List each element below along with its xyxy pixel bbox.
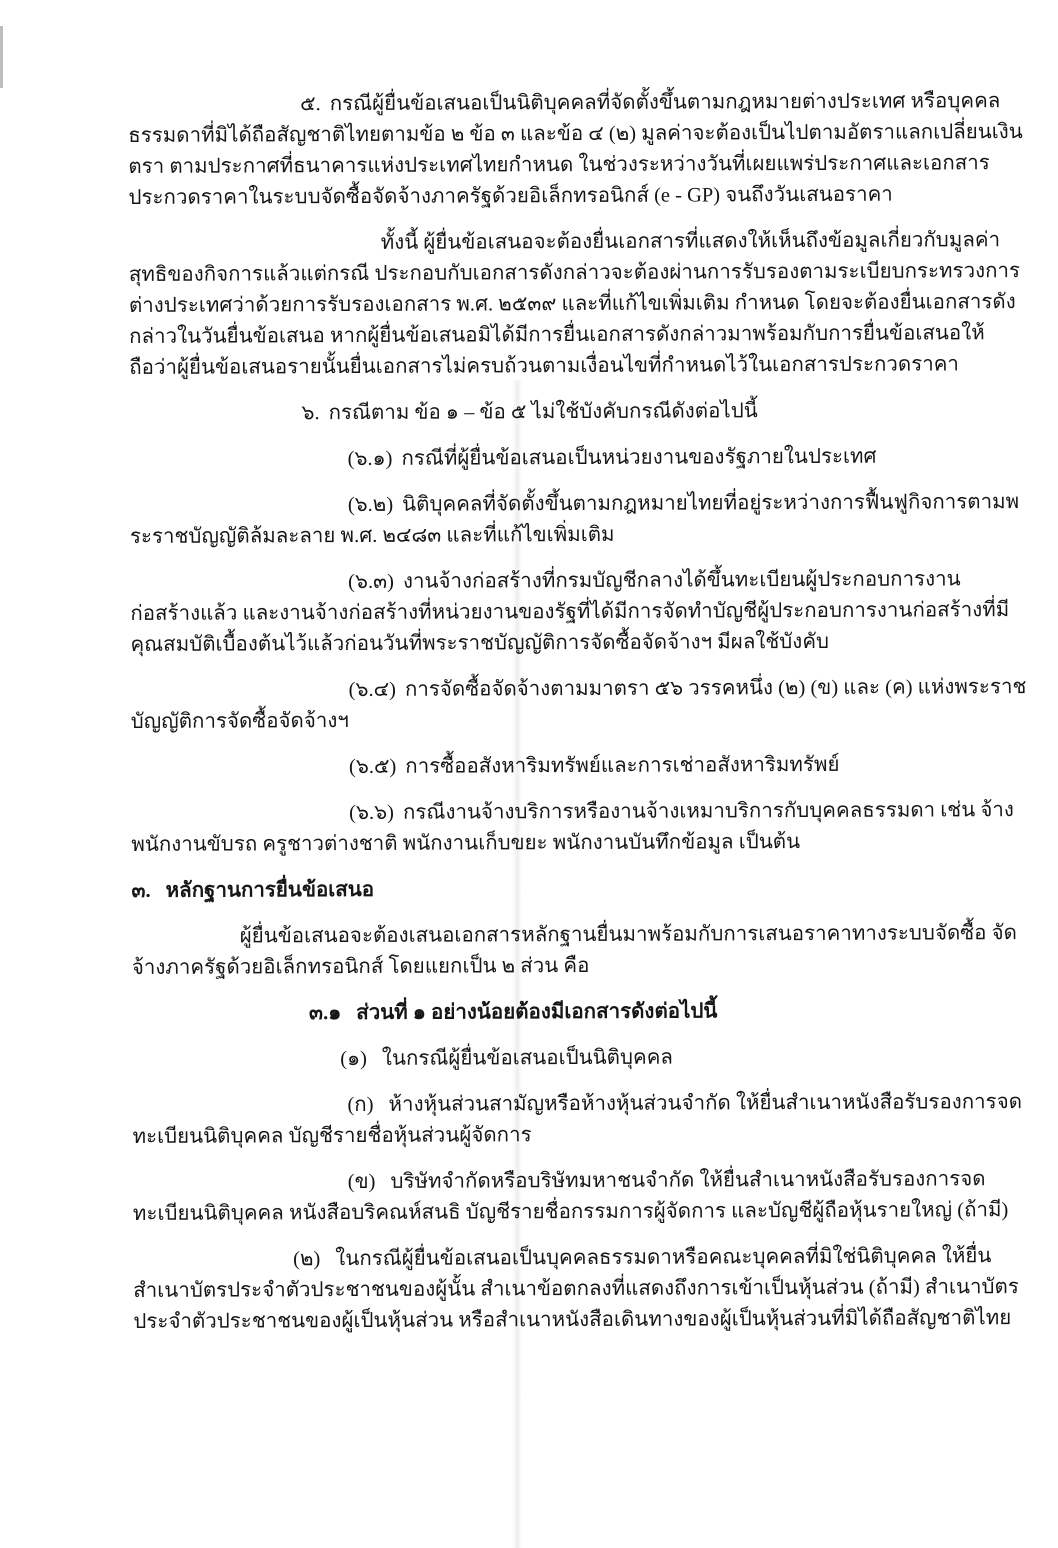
paragraph-item-2: (๒)ในกรณีผู้ยื่นข้อเสนอเป็นบุคคลธรรมดาหร… <box>133 1241 1029 1338</box>
document-content: ๕.กรณีผู้ยื่นข้อเสนอเป็นนิติบุคคลที่จัดต… <box>128 86 1030 1353</box>
clause-text: ห้างหุ้นส่วนสามัญหรือห้างหุ้นส่วนจำกัด ใ… <box>133 1091 1023 1148</box>
paragraph-item-1-kho: (ข)บริษัทจำกัดหรือบริษัทมหาชนจำกัด ให้ยื… <box>133 1164 1029 1230</box>
section-title: หลักฐานการยื่นข้อเสนอ <box>166 879 375 902</box>
document-page: ๕.กรณีผู้ยื่นข้อเสนอเป็นนิติบุคคลที่จัดต… <box>0 0 1058 1548</box>
clause-text: ในกรณีผู้ยื่นข้อเสนอเป็นบุคคลธรรมดาหรือค… <box>133 1245 1019 1333</box>
subsection-title: ส่วนที่ ๑ อย่างน้อยต้องมีเอกสารดังต่อไปน… <box>356 1000 717 1024</box>
paragraph-clause-6-3: (๖.๓)งานจ้างก่อสร้างที่กรมบัญชีกลางได้ขึ… <box>130 564 1026 661</box>
clause-text: งานจ้างก่อสร้างที่กรมบัญชีกลางได้ขึ้นทะเ… <box>130 568 1009 656</box>
clause-number: ๕. <box>300 93 321 115</box>
paragraph-section-3-intro: ผู้ยื่นข้อเสนอจะต้องเสนอเอกสารหลักฐานยื่… <box>132 918 1028 984</box>
clause-number: (๖.๒) <box>348 494 393 516</box>
item-number: (๑) <box>340 1048 367 1070</box>
section-heading-3: ๓.หลักฐานการยื่นข้อเสนอ <box>131 872 1027 907</box>
clause-text: กรณีตาม ข้อ ๑ – ข้อ ๕ ไม่ใช้บังคับกรณีดั… <box>329 400 758 424</box>
clause-text: นิติบุคคลที่จัดตั้งขึ้นตามกฎหมายไทยที่อย… <box>130 491 1019 548</box>
clause-number: (๖.๑) <box>348 448 393 470</box>
clause-number: (๖.๓) <box>348 571 394 593</box>
clause-text: กรณีผู้ยื่นข้อเสนอเป็นนิติบุคคลที่จัดตั้… <box>128 90 1023 209</box>
clause-text: กรณีที่ผู้ยื่นข้อเสนอเป็นหน่วยงานของรัฐภ… <box>401 446 876 470</box>
clause-number: (๖.๖) <box>349 802 394 824</box>
clause-text: ทั้งนี้ ผู้ยื่นข้อเสนอจะต้องยื่นเอกสารที… <box>129 229 1020 379</box>
clause-text: ในกรณีผู้ยื่นข้อเสนอเป็นนิติบุคคล <box>382 1047 673 1070</box>
paragraph-clause-6-4: (๖.๔)การจัดซื้อจัดจ้างตามมาตรา ๕๖ วรรคหน… <box>131 672 1027 738</box>
subsection-heading-3-1: ๓.๑ส่วนที่ ๑ อย่างน้อยต้องมีเอกสารดังต่อ… <box>132 995 1028 1030</box>
paragraph-item-1: (๑)ในกรณีผู้ยื่นข้อเสนอเป็นนิติบุคคล <box>132 1041 1028 1076</box>
paragraph-clause-6: ๖.กรณีตาม ข้อ ๑ – ข้อ ๕ ไม่ใช้บังคับกรณี… <box>129 395 1025 430</box>
clause-text: การจัดซื้อจัดจ้างตามมาตรา ๕๖ วรรคหนึ่ง (… <box>131 676 1027 733</box>
section-number: ๓. <box>131 880 150 902</box>
item-letter: (ก) <box>347 1094 373 1116</box>
clause-number: (๖.๔) <box>349 679 396 701</box>
paragraph-clause-5: ๕.กรณีผู้ยื่นข้อเสนอเป็นนิติบุคคลที่จัดต… <box>128 86 1025 214</box>
item-letter: (ข) <box>348 1171 376 1193</box>
paragraph-clause-6-1: (๖.๑)กรณีที่ผู้ยื่นข้อเสนอเป็นหน่วยงานขอ… <box>130 441 1026 476</box>
clause-number: ๖. <box>301 402 319 424</box>
clause-text: บริษัทจำกัดหรือบริษัทมหาชนจำกัด ให้ยื่นส… <box>133 1168 1009 1225</box>
clause-text: การซื้ออสังหาริมทรัพย์และการเช่าอสังหาริ… <box>405 754 839 778</box>
clause-number: (๖.๕) <box>349 756 396 778</box>
paragraph-clause-6-2: (๖.๒)นิติบุคคลที่จัดตั้งขึ้นตามกฎหมายไทย… <box>130 487 1026 553</box>
clause-text: ผู้ยื่นข้อเสนอจะต้องเสนอเอกสารหลักฐานยื่… <box>132 922 1017 979</box>
item-number: (๒) <box>293 1248 320 1270</box>
subsection-number: ๓.๑ <box>309 1002 341 1024</box>
scan-speck <box>0 26 3 88</box>
paragraph-clause-6-5: (๖.๕)การซื้ออสังหาริมทรัพย์และการเช่าอสั… <box>131 749 1027 784</box>
paragraph-clause-5-continuation: ทั้งนี้ ผู้ยื่นข้อเสนอจะต้องยื่นเอกสารที… <box>129 225 1026 384</box>
paragraph-clause-6-6: (๖.๖)กรณีงานจ้างบริการหรืองานจ้างเหมาบริ… <box>131 795 1027 861</box>
paragraph-item-1-ko: (ก)ห้างหุ้นส่วนสามัญหรือห้างหุ้นส่วนจำกั… <box>132 1087 1028 1153</box>
clause-text: กรณีงานจ้างบริการหรืองานจ้างเหมาบริการกั… <box>131 799 1014 856</box>
